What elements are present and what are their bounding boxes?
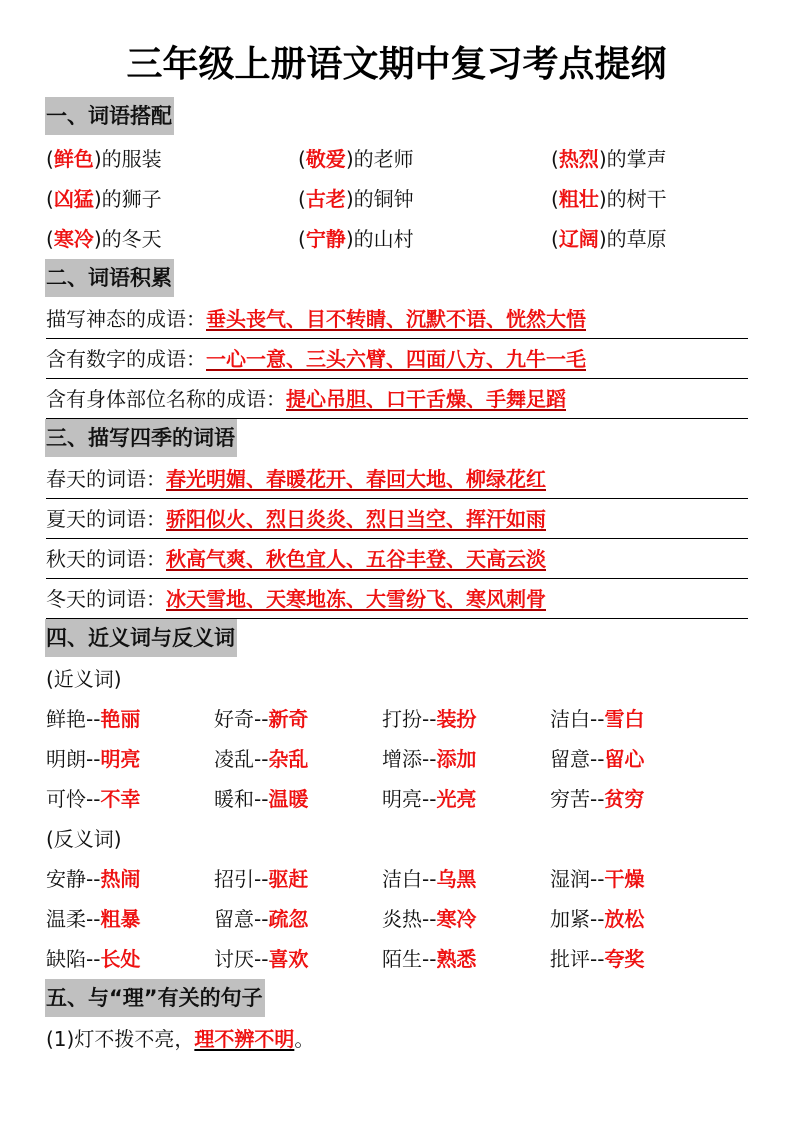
matching-item: (寒冷)的冬天 bbox=[46, 219, 162, 259]
matching-item: (敬爱)的老师 bbox=[298, 139, 414, 179]
season-answer: 骄阳似火、烈日炎炎、烈日当空、挥汗如雨 bbox=[166, 507, 546, 531]
word-pair: 留意--疏忽 bbox=[214, 899, 308, 939]
season-line-summer: 夏天的词语：骄阳似火、烈日炎炎、烈日当空、挥汗如雨 bbox=[46, 499, 748, 539]
season-answer: 秋高气爽、秋色宜人、五谷丰登、天高云淡 bbox=[166, 547, 546, 571]
word-pair: 增添--添加 bbox=[382, 739, 476, 779]
matching-answer: 凶猛 bbox=[54, 187, 94, 211]
matching-answer: 敬爱 bbox=[306, 147, 346, 171]
matching-answer: 鲜色 bbox=[54, 147, 94, 171]
word-pair: 明朗--明亮 bbox=[46, 739, 140, 779]
word-pair: 凌乱--杂乱 bbox=[214, 739, 308, 779]
sentence-suffix: 。 bbox=[294, 1027, 314, 1051]
synonyms-label: (近义词) bbox=[46, 659, 122, 699]
matching-item: (凶猛)的狮子 bbox=[46, 179, 162, 219]
word-pair: 招引--驱赶 bbox=[214, 859, 308, 899]
word-pair: 湿润--干燥 bbox=[550, 859, 644, 899]
matching-item: (鲜色)的服装 bbox=[46, 139, 162, 179]
matching-answer: 古老 bbox=[306, 187, 346, 211]
matching-item: (宁静)的山村 bbox=[298, 219, 414, 259]
season-line-winter: 冬天的词语：冰天雪地、天寒地冻、大雪纷飞、寒风刺骨 bbox=[46, 579, 748, 619]
idiom-label: 含有数字的成语： bbox=[46, 347, 206, 371]
word-pair: 留意--留心 bbox=[550, 739, 644, 779]
idiom-label: 描写神态的成语： bbox=[46, 307, 206, 331]
document-title: 三年级上册语文期中复习考点提纲 bbox=[0, 38, 793, 92]
word-pair: 陌生--熟悉 bbox=[382, 939, 476, 979]
matching-answer: 宁静 bbox=[306, 227, 346, 251]
li-sentence: (1)灯不拨不亮，理不辨不明。 bbox=[46, 1019, 314, 1059]
section-heading-synonyms-antonyms: 四、近义词与反义词 bbox=[45, 619, 237, 657]
matching-item: (古老)的铜钟 bbox=[298, 179, 414, 219]
word-pair: 穷苦--贫穷 bbox=[550, 779, 644, 819]
sentence-answer: 理不辨不明 bbox=[194, 1027, 294, 1051]
word-pair: 洁白--雪白 bbox=[550, 699, 644, 739]
matching-answer: 粗壮 bbox=[559, 187, 599, 211]
season-answer: 春光明媚、春暖花开、春回大地、柳绿花红 bbox=[166, 467, 546, 491]
word-pair: 温柔--粗暴 bbox=[46, 899, 140, 939]
word-pair: 鲜艳--艳丽 bbox=[46, 699, 140, 739]
word-pair: 加紧--放松 bbox=[550, 899, 644, 939]
word-pair: 可怜--不幸 bbox=[46, 779, 140, 819]
idiom-answer: 一心一意、三头六臂、四面八方、九牛一毛 bbox=[206, 347, 586, 371]
section-heading-word-accumulation: 二、词语积累 bbox=[45, 259, 174, 297]
section-heading-four-seasons: 三、描写四季的词语 bbox=[45, 419, 237, 457]
idiom-answer: 提心吊胆、口干舌燥、手舞足蹈 bbox=[286, 387, 566, 411]
word-pair: 批评--夸奖 bbox=[550, 939, 644, 979]
idiom-label: 含有身体部位名称的成语： bbox=[46, 387, 286, 411]
word-pair: 炎热--寒冷 bbox=[382, 899, 476, 939]
season-line-spring: 春天的词语：春光明媚、春暖花开、春回大地、柳绿花红 bbox=[46, 459, 748, 499]
matching-answer: 寒冷 bbox=[54, 227, 94, 251]
matching-answer: 热烈 bbox=[559, 147, 599, 171]
antonyms-label: (反义词) bbox=[46, 819, 122, 859]
word-pair: 缺陷--长处 bbox=[46, 939, 140, 979]
word-pair: 暖和--温暖 bbox=[214, 779, 308, 819]
word-pair: 安静--热闹 bbox=[46, 859, 140, 899]
season-answer: 冰天雪地、天寒地冻、大雪纷飞、寒风刺骨 bbox=[166, 587, 546, 611]
idiom-answer: 垂头丧气、目不转睛、沉默不语、恍然大悟 bbox=[206, 307, 586, 331]
word-pair: 洁白--乌黑 bbox=[382, 859, 476, 899]
matching-answer: 辽阔 bbox=[559, 227, 599, 251]
word-pair: 打扮--装扮 bbox=[382, 699, 476, 739]
matching-item: (辽阔)的草原 bbox=[551, 219, 667, 259]
section-heading-word-matching: 一、词语搭配 bbox=[45, 97, 174, 135]
idiom-line: 描写神态的成语：垂头丧气、目不转睛、沉默不语、恍然大悟 bbox=[46, 299, 748, 339]
season-label: 冬天的词语： bbox=[46, 587, 166, 611]
idiom-line: 含有身体部位名称的成语：提心吊胆、口干舌燥、手舞足蹈 bbox=[46, 379, 748, 419]
season-label: 秋天的词语： bbox=[46, 547, 166, 571]
word-pair: 明亮--光亮 bbox=[382, 779, 476, 819]
idiom-line: 含有数字的成语：一心一意、三头六臂、四面八方、九牛一毛 bbox=[46, 339, 748, 379]
matching-item: (粗壮)的树干 bbox=[551, 179, 667, 219]
season-label: 夏天的词语： bbox=[46, 507, 166, 531]
sentence-prefix: (1)灯不拨不亮， bbox=[46, 1027, 194, 1051]
section-heading-li-sentences: 五、与“理”有关的句子 bbox=[45, 979, 265, 1017]
word-pair: 好奇--新奇 bbox=[214, 699, 308, 739]
matching-item: (热烈)的掌声 bbox=[551, 139, 667, 179]
season-label: 春天的词语： bbox=[46, 467, 166, 491]
word-pair: 讨厌--喜欢 bbox=[214, 939, 308, 979]
season-line-autumn: 秋天的词语：秋高气爽、秋色宜人、五谷丰登、天高云淡 bbox=[46, 539, 748, 579]
